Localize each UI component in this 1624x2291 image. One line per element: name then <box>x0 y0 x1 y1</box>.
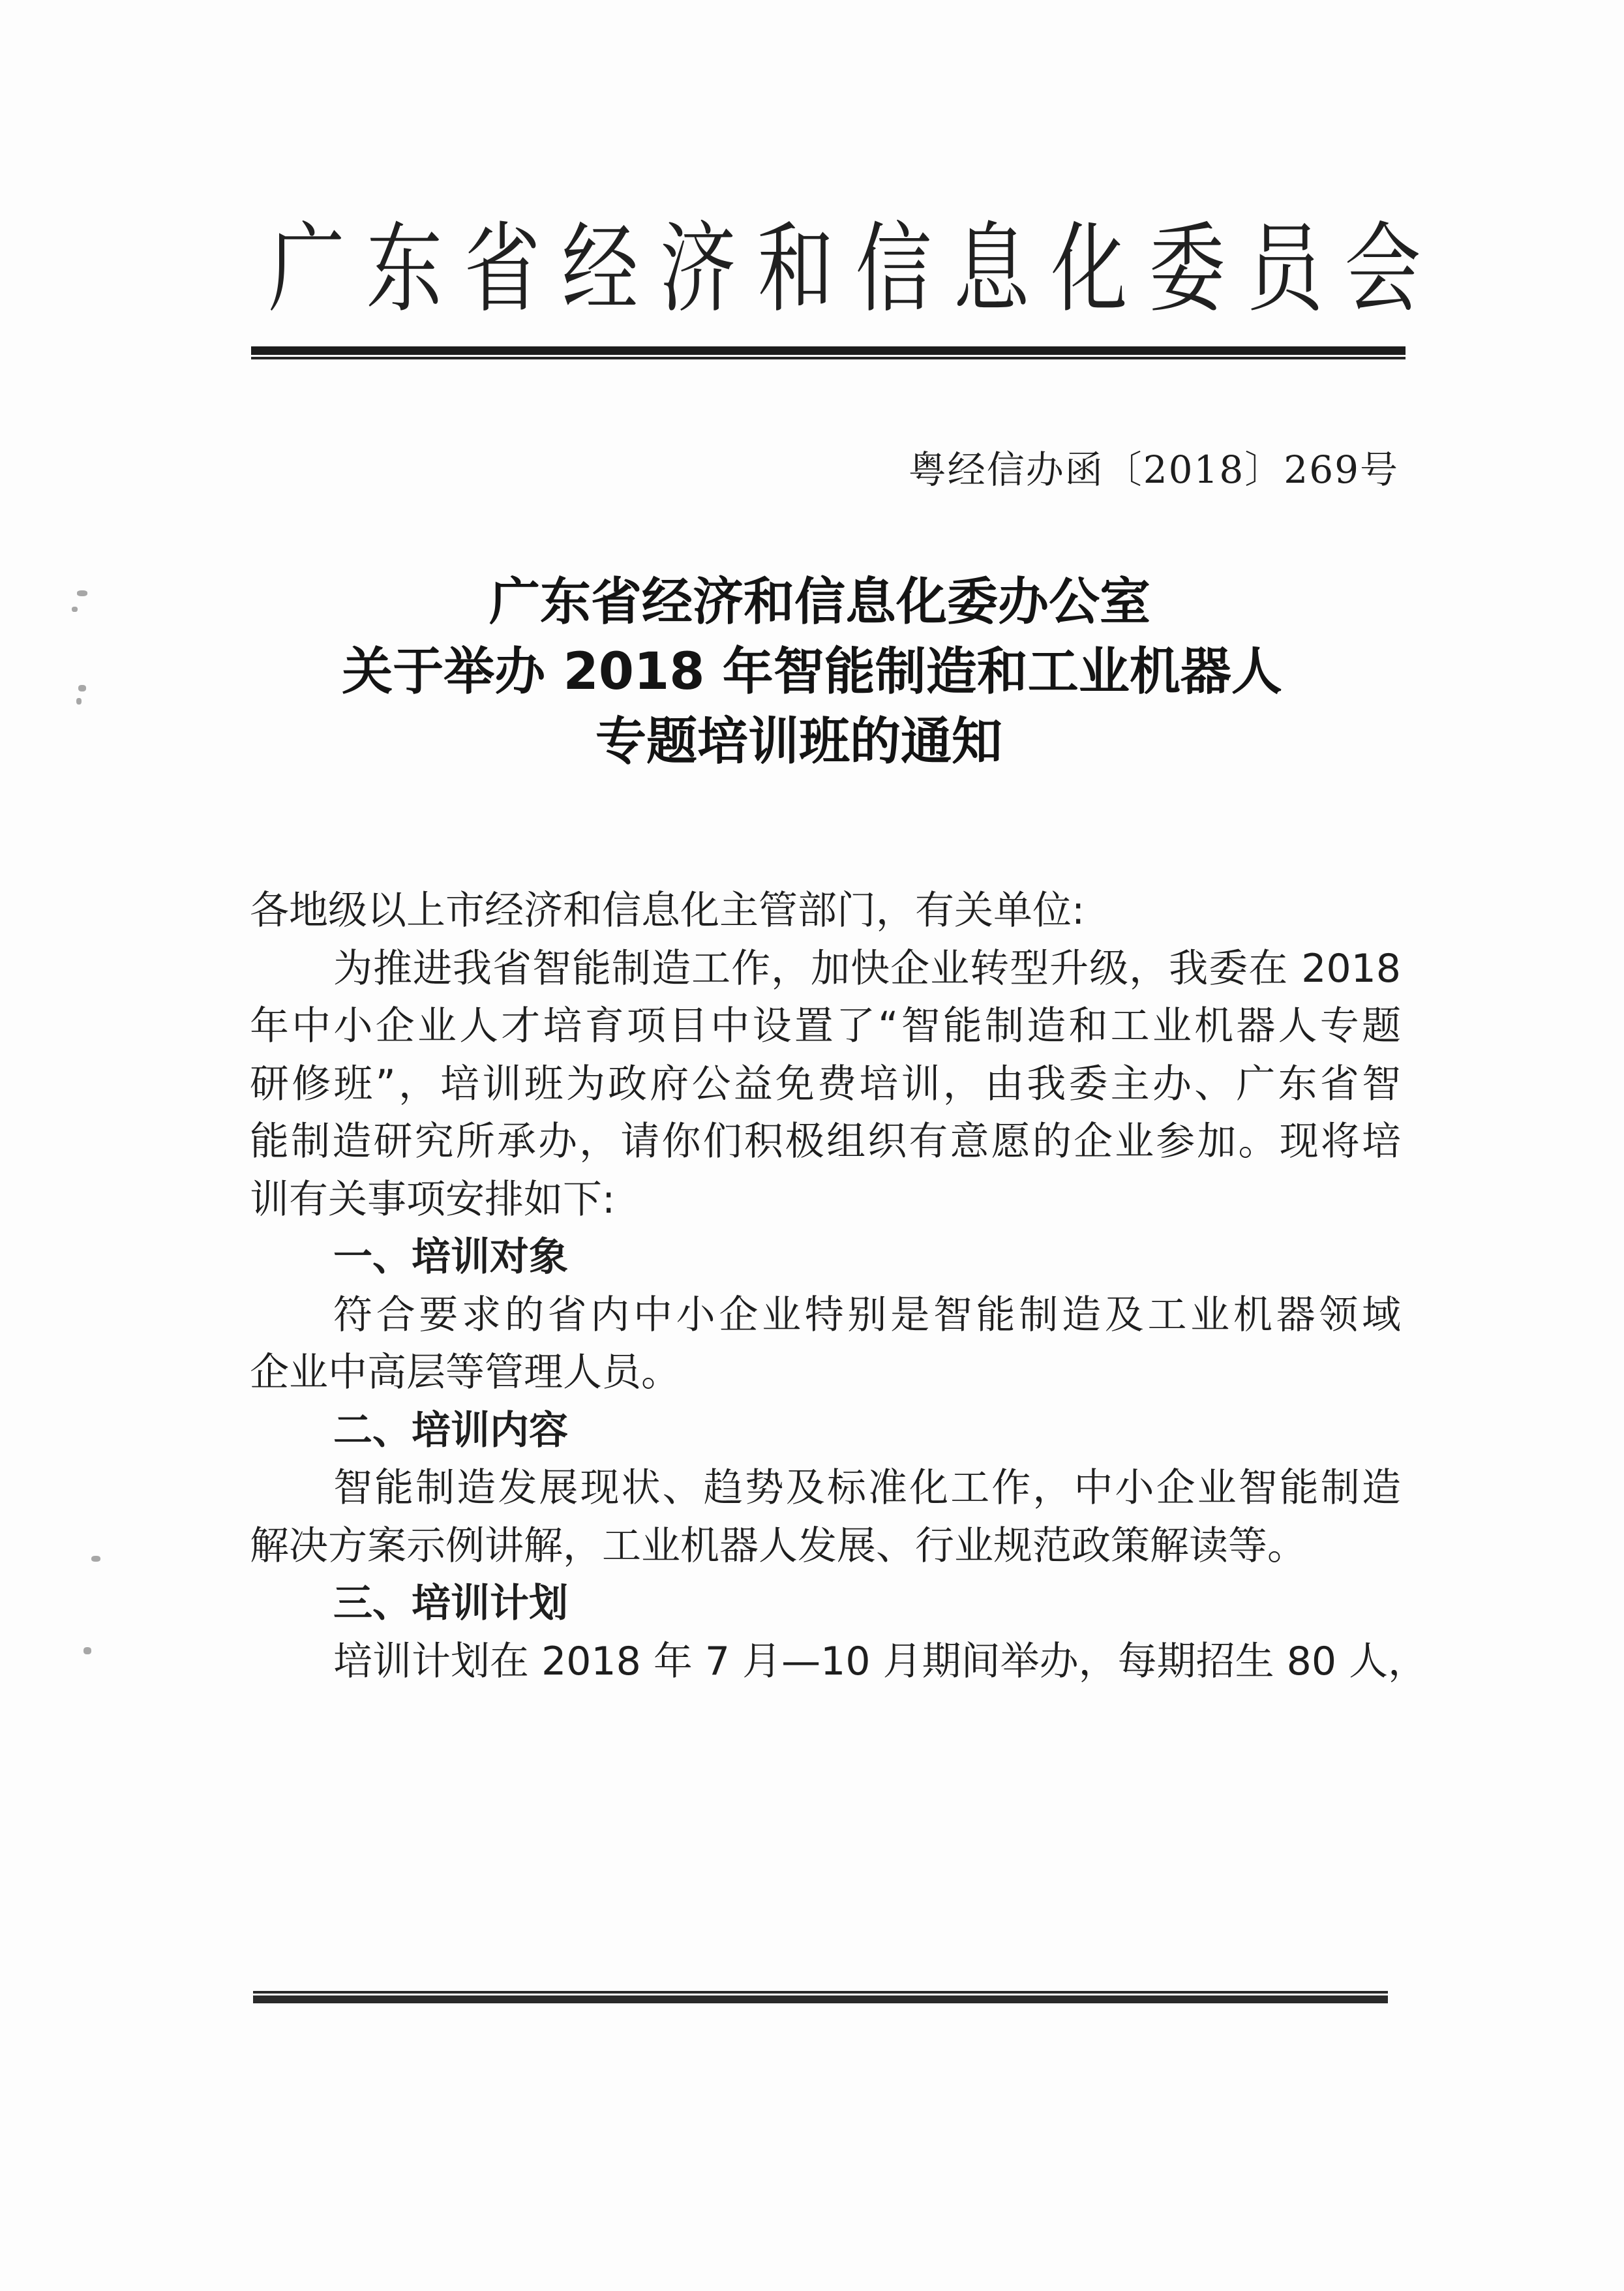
title-line-1: 广东省经济和信息化委办公室 <box>8 568 1624 637</box>
scan-artifact <box>91 1556 100 1562</box>
letterhead-char: 和 <box>758 214 834 325</box>
letterhead-char: 会 <box>1345 214 1421 325</box>
document-page: 广 东 省 经 济 和 信 息 化 委 员 会 粤经信办函〔2018〕269号 … <box>0 0 1624 2291</box>
letterhead-char: 广 <box>269 214 345 325</box>
letterhead-char: 省 <box>464 214 541 325</box>
intro-line: 年中小企业人才培育项目中设置了“智能制造和工业机器人专题 <box>250 997 1401 1055</box>
divider-thin-line <box>251 357 1406 359</box>
divider-thick-line <box>251 346 1406 355</box>
letterhead-divider <box>251 346 1406 359</box>
document-body: 各地级以上市经济和信息化主管部门，有关单位: 为推进我省智能制造工作，加快企业转… <box>250 882 1401 1690</box>
letterhead-char: 东 <box>367 214 443 325</box>
section-line: 智能制造发展现状、趋势及标准化工作，中小企业智能制造 <box>250 1459 1401 1517</box>
section-line: 符合要求的省内中小企业特别是智能制造及工业机器领域 <box>250 1286 1401 1344</box>
letterhead-char: 经 <box>562 214 639 325</box>
intro-line: 为推进我省智能制造工作，加快企业转型升级，我委在 2018 <box>250 940 1401 998</box>
letterhead-char: 化 <box>1051 214 1128 325</box>
section-heading: 二、培训内容 <box>250 1402 1401 1460</box>
title-line-3: 专题培训班的通知 <box>0 707 1611 777</box>
section-heading: 一、培训对象 <box>250 1228 1401 1286</box>
document-number: 粤经信办函〔2018〕269号 <box>909 444 1399 496</box>
divider-thick-line <box>253 1995 1388 2003</box>
document-title: 广东省经济和信息化委办公室 关于举办 2018 年智能制造和工业机器人 专题培训… <box>0 568 1624 777</box>
letterhead-char: 济 <box>660 214 736 325</box>
letterhead-char: 委 <box>1149 214 1226 325</box>
letterhead-char: 信 <box>856 214 932 325</box>
section-line: 解决方案示例讲解，工业机器人发展、行业规范政策解读等。 <box>250 1517 1401 1575</box>
footer-divider <box>253 1991 1388 2003</box>
intro-line: 训有关事项安排如下: <box>250 1171 1401 1229</box>
letterhead-organization: 广 东 省 经 济 和 信 息 化 委 员 会 <box>258 214 1399 325</box>
letterhead-char: 员 <box>1247 214 1323 325</box>
section-line: 企业中高层等管理人员。 <box>250 1344 1401 1402</box>
scan-artifact <box>83 1647 91 1654</box>
letterhead-char: 息 <box>954 214 1030 325</box>
intro-line: 能制造研究所承办，请你们积极组织有意愿的企业参加。现将培 <box>250 1113 1401 1171</box>
section-line: 培训计划在 2018 年 7 月—10 月期间举办，每期招生 80 人， <box>250 1633 1401 1691</box>
intro-line: 研修班”，培训班为政府公益免费培训，由我委主办、广东省智 <box>250 1055 1401 1114</box>
section-heading: 三、培训计划 <box>250 1575 1401 1633</box>
title-line-2: 关于举办 2018 年智能制造和工业机器人 <box>0 637 1624 707</box>
salutation: 各地级以上市经济和信息化主管部门，有关单位: <box>250 882 1401 940</box>
